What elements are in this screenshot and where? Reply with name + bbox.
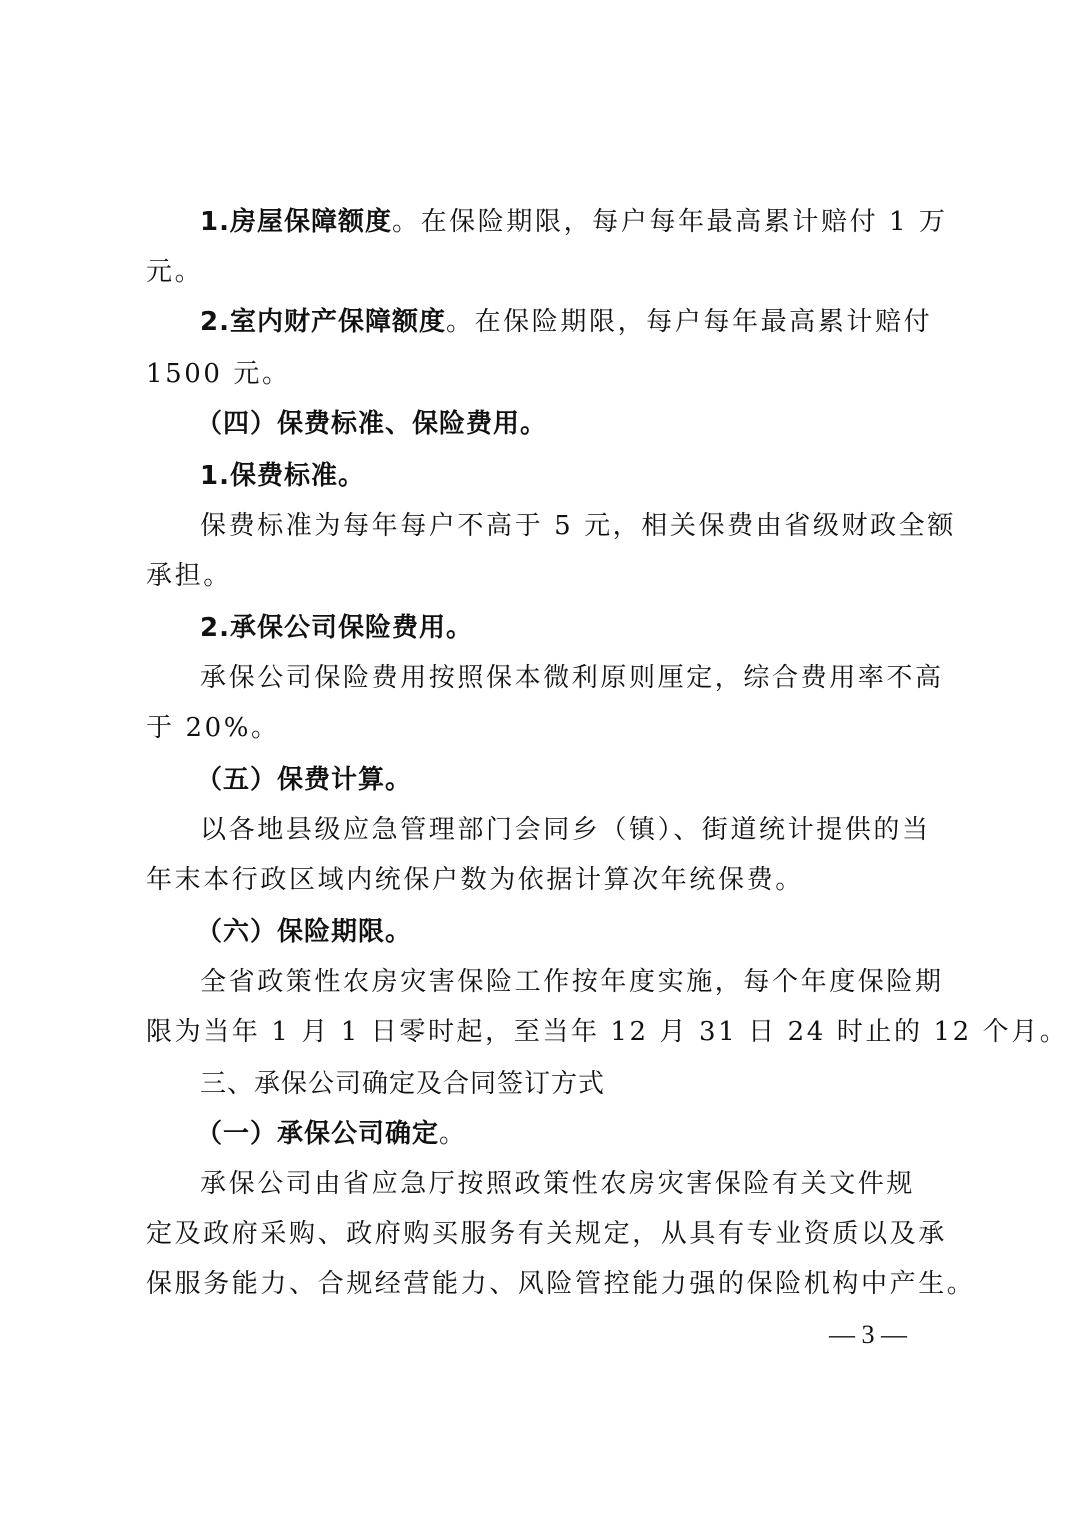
paragraph-insurer-selection-cont2: 保服务能力、合规经营能力、风险管控能力强的保险机构中产生。 — [146, 1266, 946, 1302]
paragraph-house-coverage-cont: 元。 — [146, 254, 946, 290]
paragraph-insurance-period-cont: 限为当年 1 月 1 日零时起，至当年 12 月 31 日 24 时止的 12 … — [146, 1014, 946, 1050]
paragraph-property-coverage: 2.室内财产保障额度。在保险期限，每户每年最高累计赔付 — [200, 304, 946, 340]
section-heading-4: （四）保费标准、保险费用。 — [196, 406, 942, 442]
paragraph-insurer-selection: 承保公司由省应急厅按照政策性农房灾害保险有关文件规 — [200, 1166, 946, 1202]
subheading-property-coverage: 2.室内财产保障额度 — [200, 307, 446, 337]
paragraph-insurer-fees: 承保公司保险费用按照保本微利原则厘定，综合费用率不高 — [200, 660, 946, 696]
paragraph-insurer-selection-cont1: 定及政府采购、政府购买服务有关规定，从具有专业资质以及承 — [146, 1216, 946, 1252]
paragraph-insurer-fees-cont: 于 20%。 — [146, 710, 946, 746]
paragraph-premium-calc-cont: 年末本行政区域内统保户数为依据计算次年统保费。 — [146, 862, 946, 898]
paragraph-premium-calc: 以各地县级应急管理部门会同乡（镇）、街道统计提供的当 — [200, 812, 946, 848]
paragraph-insurance-period: 全省政策性农房灾害保险工作按年度实施，每个年度保险期 — [200, 964, 946, 1000]
paragraph-premium-standard-cont: 承担。 — [146, 558, 946, 594]
chapter-heading-3: 三、承保公司确定及合同签订方式 — [200, 1066, 946, 1102]
subheading-insurer-fees: 2.承保公司保险费用。 — [200, 610, 946, 646]
paragraph-premium-standard: 保费标准为每年每户不高于 5 元，相关保费由省级财政全额 — [200, 508, 946, 544]
section-heading-6: （六）保险期限。 — [196, 914, 942, 950]
paragraph-property-coverage-cont: 1500 元。 — [146, 356, 946, 392]
paragraph-house-coverage: 1.房屋保障额度。在保险期限，每户每年最高累计赔付 1 万 — [200, 204, 946, 240]
section-heading-insurer-selection: （一）承保公司确定。 — [196, 1116, 942, 1152]
page-number: — 3 — — [818, 1320, 918, 1350]
document-page: 1.房屋保障额度。在保险期限，每户每年最高累计赔付 1 万 元。 2.室内财产保… — [0, 0, 1074, 1520]
section-heading-5: （五）保费计算。 — [196, 762, 942, 798]
subheading-house-coverage: 1.房屋保障额度 — [200, 207, 392, 237]
subheading-premium-standard: 1.保费标准。 — [200, 458, 946, 494]
